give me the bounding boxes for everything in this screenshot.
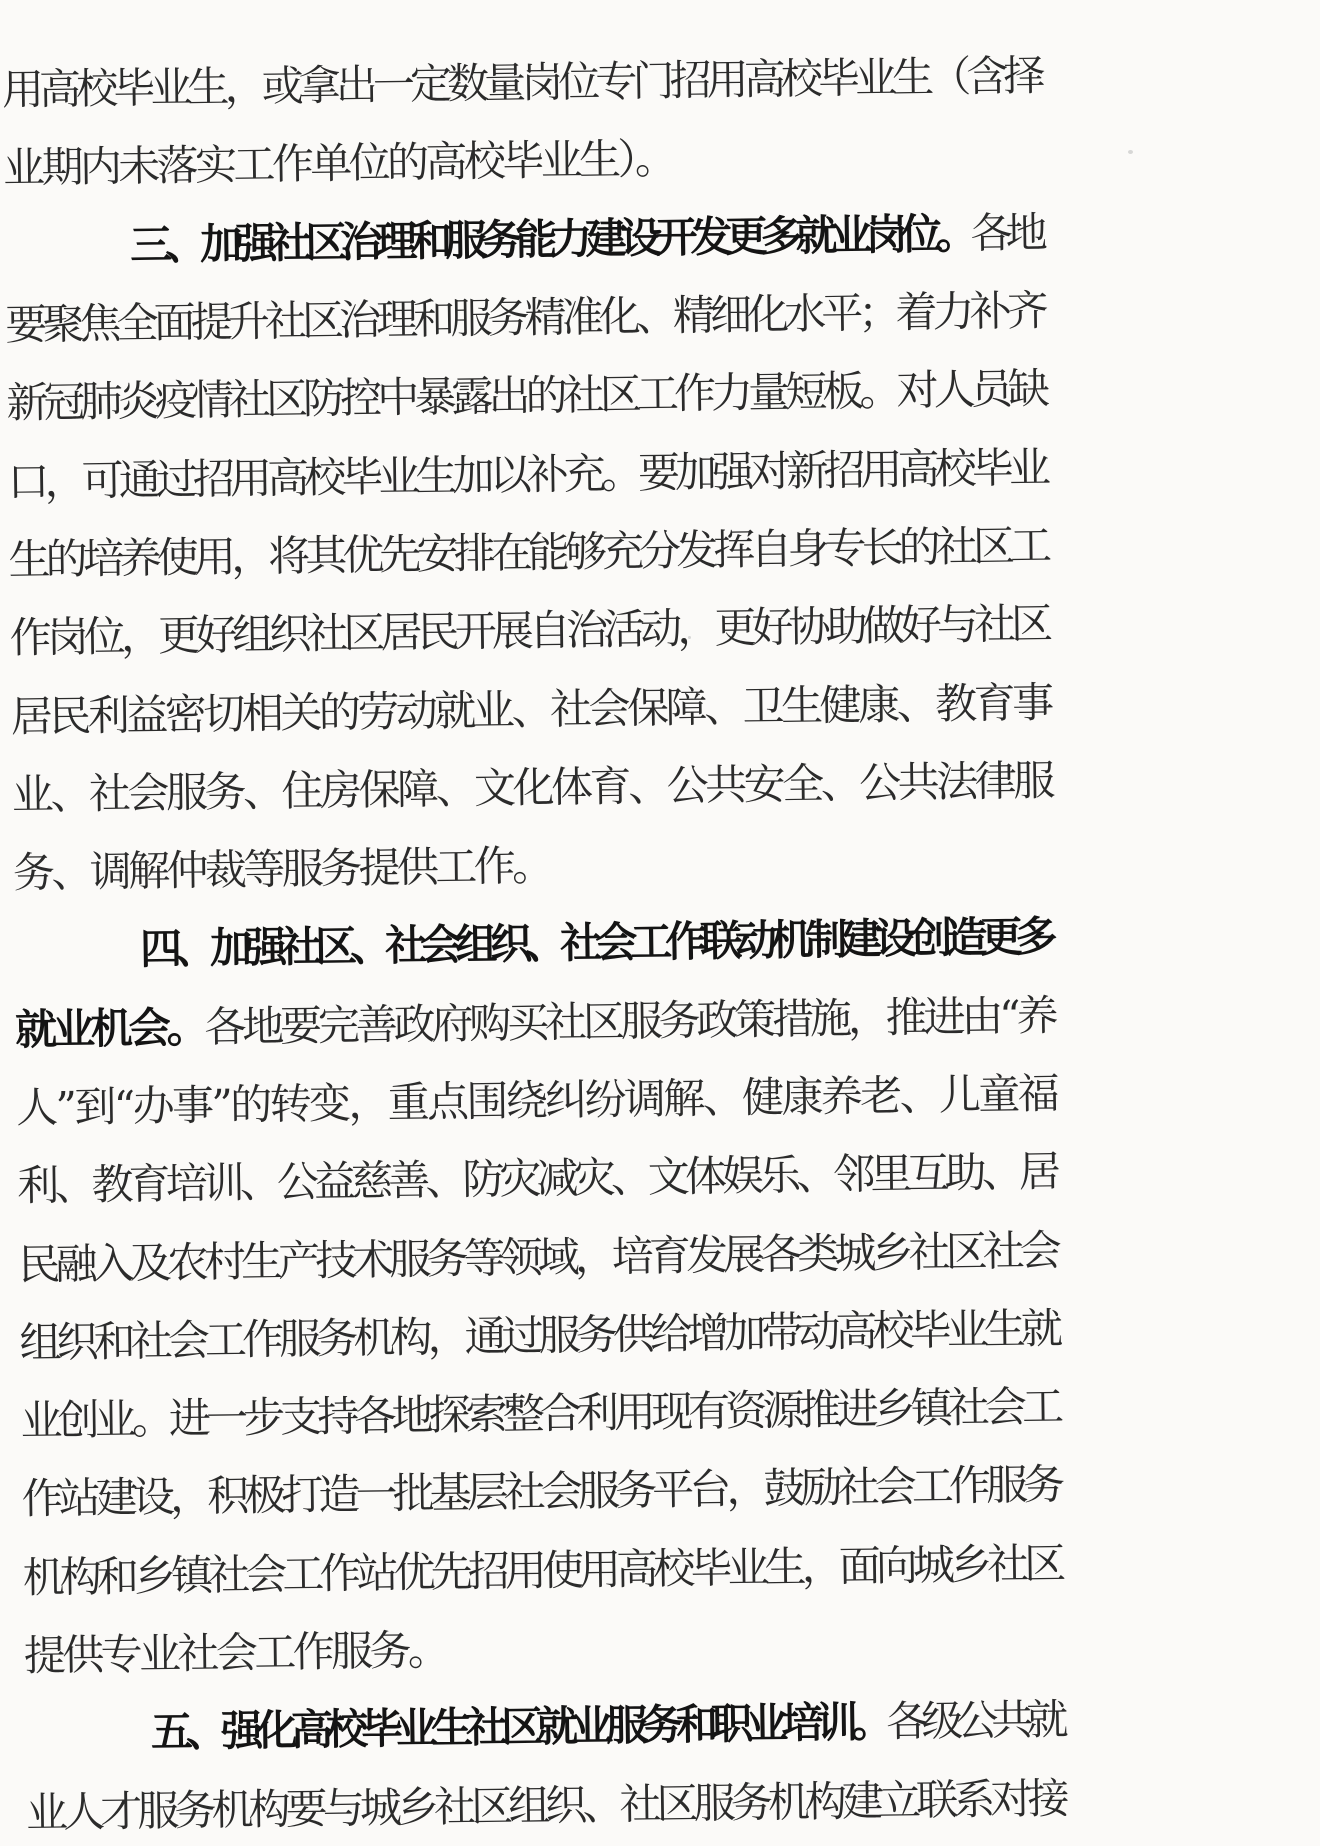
section-heading: 四、加强社区、社会组织、社会工作联动机制建设创造更多: [140, 912, 1051, 974]
line-runs: 业、社会服务、住房保障、文化体育、公共安全、公共法律服: [12, 760, 1053, 817]
body-text: 组织和社会工作服务机构，通过服务供给增加带动高校毕业生就: [19, 1304, 1058, 1367]
section-heading: 就业机会。: [15, 1002, 205, 1054]
line-runs: 作岗位，更好组织社区居民开展自治活动，更好协助做好与社区: [9, 603, 1048, 659]
doc-line: 业人才服务机构要与城乡社区组织、社区服务机构建立联系对接: [26, 1759, 1071, 1846]
body-text: 口，可通过招用高校毕业生加以补充。要加强对新招用高校毕业: [7, 442, 1046, 505]
body-text: 作站建设，积极打造一批基层社会服务平台，鼓励社会工作服务: [21, 1460, 1060, 1523]
body-text: 各地要完善政府购买社区服务政策措施，推进由“养: [204, 990, 1055, 1051]
body-text: 利、教育培训、公益慈善、防灾减灾、文体娱乐、邻里互助、居: [17, 1147, 1056, 1210]
doc-line: 组织和社会工作服务机构，通过服务供给增加带动高校毕业生就: [19, 1289, 1064, 1382]
body-text: 各地: [970, 208, 1041, 258]
body-text: 业、社会服务、住房保障、文化体育、公共安全、公共法律服: [12, 756, 1053, 820]
body-text: 新冠肺炎疫情社区防控中暴露出的社区工作力量短板。对人员缺: [6, 364, 1045, 427]
scan-speck: [1128, 150, 1133, 154]
doc-line: 作岗位，更好组织社区居民开展自治活动，更好协助做好与社区: [9, 585, 1054, 678]
doc-line: 机构和乡镇社会工作站优先招用使用高校毕业生，面向城乡社区: [22, 1524, 1067, 1617]
line-runs: 用高校毕业生，或拿出一定数量岗位专门招用高校毕业生（含择: [2, 55, 1041, 111]
line-runs: 新冠肺炎疫情社区防控中暴露出的社区工作力量短板。对人员缺: [6, 368, 1045, 424]
body-text: 作岗位，更好组织社区居民开展自治活动，更好协助做好与社区: [9, 599, 1048, 662]
doc-line: 就业机会。各地要完善政府购买社区服务政策措施，推进由“养: [15, 976, 1060, 1069]
line-runs: 五、强化高校毕业生社区就业服务和职业培训。各级公共就: [151, 1699, 1062, 1754]
body-text: 民融入及农村生产技术服务等领域，培育发展各类城乡社区社会: [18, 1225, 1057, 1288]
body-text: 业人才服务机构要与城乡社区组织、社区服务机构建立联系对接: [26, 1773, 1065, 1836]
line-runs: 就业机会。各地要完善政府购买社区服务政策措施，推进由“养: [15, 994, 1055, 1051]
doc-line: 要聚焦全面提升社区治理和服务精准化、精细化水平；着力补齐: [5, 272, 1050, 365]
body-text: 提供专业社会工作服务。: [24, 1625, 447, 1680]
doc-line: 五、强化高校毕业生社区就业服务和职业培训。各级公共就: [24, 1681, 1069, 1774]
line-runs: 利、教育培训、公益慈善、防灾减灾、文体娱乐、邻里互助、居: [17, 1151, 1056, 1207]
doc-line: 口，可通过招用高校毕业生加以补充。要加强对新招用高校毕业: [7, 428, 1052, 521]
line-runs: 四、加强社区、社会组织、社会工作联动机制建设创造更多: [140, 916, 1051, 971]
doc-line: 民融入及农村生产技术服务等领域，培育发展各类城乡社区社会: [18, 1211, 1063, 1304]
doc-line: 用高校毕业生，或拿出一定数量岗位专门招用高校毕业生（含择: [1, 37, 1046, 130]
doc-line: 利、教育培训、公益慈善、防灾减灾、文体娱乐、邻里互助、居: [17, 1133, 1062, 1226]
line-runs: 机构和乡镇社会工作站优先招用使用高校毕业生，面向城乡社区: [23, 1543, 1062, 1599]
doc-line: 作站建设，积极打造一批基层社会服务平台，鼓励社会工作服务: [21, 1446, 1066, 1539]
body-text: 要聚焦全面提升社区治理和服务精准化、精细化水平；着力补齐: [5, 286, 1044, 349]
doc-line: 业创业。进一步支持各地探索整合利用现有资源推进乡镇社会工: [20, 1368, 1065, 1461]
section-heading: 五、强化高校毕业生社区就业服务和职业培训。: [151, 1698, 887, 1757]
body-text: 务、调解仲裁等服务提供工作。: [13, 841, 551, 898]
line-runs: 三、加强社区治理和服务能力建设开发更多就业岗位。各地: [130, 212, 1041, 267]
doc-line: 人”到“办事”的转变，重点围绕纠纷调解、健康养老、儿童福: [16, 1055, 1061, 1148]
doc-line: 业、社会服务、住房保障、文化体育、公共安全、公共法律服: [11, 741, 1056, 834]
section-heading: 三、加强社区治理和服务能力建设开发更多就业岗位。: [130, 209, 971, 270]
doc-line: 提供专业社会工作服务。: [23, 1603, 1068, 1696]
line-runs: 要聚焦全面提升社区治理和服务精准化、精细化水平；着力补齐: [5, 290, 1044, 346]
doc-line: 居民利益密切相关的劳动就业、社会保障、卫生健康、教育事: [10, 663, 1055, 756]
doc-line: 业期内未落实工作单位的高校毕业生）。: [3, 115, 1048, 208]
line-runs: 人”到“办事”的转变，重点围绕纠纷调解、健康养老、儿童福: [16, 1073, 1057, 1130]
line-runs: 务、调解仲裁等服务提供工作。: [13, 845, 551, 895]
body-text: 用高校毕业生，或拿出一定数量岗位专门招用高校毕业生（含择: [2, 51, 1041, 114]
line-runs: 生的培养使用，将其优先安排在能够充分发挥自身专长的社区工: [8, 525, 1047, 581]
line-runs: 业创业。进一步支持各地探索整合利用现有资源推进乡镇社会工: [20, 1386, 1059, 1442]
line-runs: 提供专业社会工作服务。: [24, 1629, 447, 1677]
doc-line: 生的培养使用，将其优先安排在能够充分发挥自身专长的社区工: [8, 507, 1053, 600]
line-runs: 业期内未落实工作单位的高校毕业生）。: [3, 138, 674, 189]
line-runs: 组织和社会工作服务机构，通过服务供给增加带动高校毕业生就: [19, 1308, 1058, 1364]
line-runs: 民融入及农村生产技术服务等领域，培育发展各类城乡社区社会: [18, 1229, 1057, 1285]
body-text: 生的培养使用，将其优先安排在能够充分发挥自身专长的社区工: [8, 521, 1047, 584]
body-text: 机构和乡镇社会工作站优先招用使用高校毕业生，面向城乡社区: [22, 1539, 1061, 1602]
line-runs: 业人才服务机构要与城乡社区组织、社区服务机构建立联系对接: [26, 1777, 1065, 1833]
body-text: 人”到“办事”的转变，重点围绕纠纷调解、健康养老、儿童福: [16, 1069, 1057, 1133]
body-text: 业期内未落实工作单位的高校毕业生）。: [3, 134, 674, 192]
body-text: 业创业。进一步支持各地探索整合利用现有资源推进乡镇社会工: [20, 1382, 1059, 1445]
line-runs: 居民利益密切相关的劳动就业、社会保障、卫生健康、教育事: [10, 681, 1051, 738]
doc-line: 三、加强社区治理和服务能力建设开发更多就业岗位。各地: [4, 193, 1049, 286]
doc-line: 新冠肺炎疫情社区防控中暴露出的社区工作力量短板。对人员缺: [6, 350, 1051, 443]
document-text-block: 用高校毕业生，或拿出一定数量岗位专门招用高校毕业生（含择 业期内未落实工作单位的…: [1, 37, 1070, 1846]
body-text: 居民利益密切相关的劳动就业、社会保障、卫生健康、教育事: [10, 677, 1051, 741]
body-text: 各级公共就: [886, 1695, 1062, 1746]
line-runs: 口，可通过招用高校毕业生加以补充。要加强对新招用高校毕业: [7, 446, 1046, 502]
line-runs: 作站建设，积极打造一批基层社会服务平台，鼓励社会工作服务: [21, 1464, 1060, 1520]
scanned-document-page: 用高校毕业生，或拿出一定数量岗位专门招用高校毕业生（含择 业期内未落实工作单位的…: [0, 0, 1320, 1846]
doc-line: 四、加强社区、社会组织、社会工作联动机制建设创造更多: [14, 898, 1059, 991]
doc-line: 务、调解仲裁等服务提供工作。: [12, 820, 1057, 913]
